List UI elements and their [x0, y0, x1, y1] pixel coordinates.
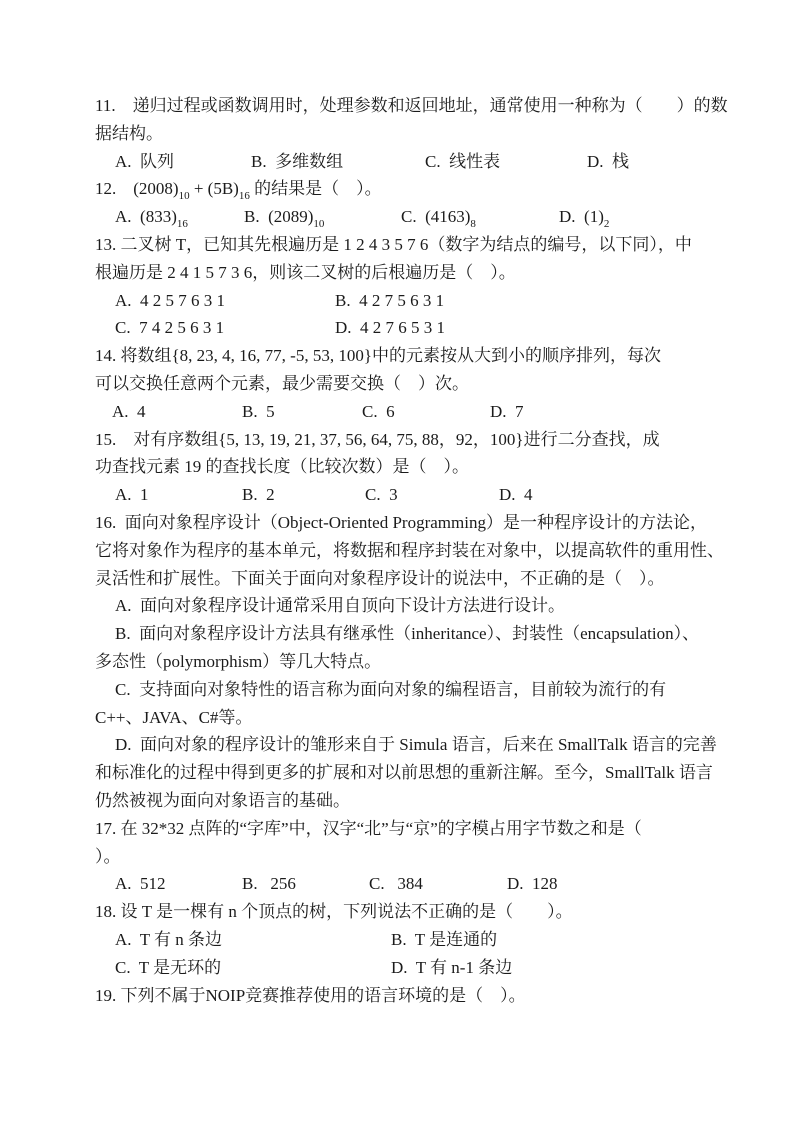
option-text: D. 128 — [507, 874, 558, 893]
q17-option-B: B. 256 — [242, 870, 296, 898]
question-17: 17. 在 32*32 点阵的“字库”中，汉字“北”与“京”的字模占用字节数之和… — [95, 815, 755, 898]
q14-line-1: 14. 将数组{8, 23, 4, 16, 77, -5, 53, 100}中的… — [95, 342, 755, 370]
q16-line-5: B. 面向对象程序设计方法具有继承性（inheritance）、封装性（enca… — [95, 620, 755, 648]
q16-line-9: D. 面向对象的程序设计的雏形来自于 Simula 语言，后来在 SmallTa… — [95, 731, 755, 759]
option-text: C. 384 — [369, 874, 423, 893]
base-subscript: 16 — [177, 218, 188, 230]
q11-option-B: B. 多维数组 — [251, 148, 343, 176]
question-15: 15. 对有序数组{5, 13, 19, 21, 37, 56, 64, 75,… — [95, 426, 755, 509]
option-text: B. 2 — [242, 485, 275, 504]
q14-option-B: B. 5 — [242, 398, 275, 426]
q11-options-row-1: A. 队列B. 多维数组C. 线性表D. 栈 — [95, 148, 755, 176]
q12-option-A: A. (833)16 — [115, 203, 188, 234]
document-content: 11. 递归过程或函数调用时，处理参数和返回地址，通常使用一种称为（ ）的数据结… — [95, 92, 755, 1009]
q11-option-C: C. 线性表 — [425, 148, 500, 176]
q12-options-row-1: A. (833)16B. (2089)10C. (4163)8D. (1)2 — [95, 203, 755, 231]
q15-option-D: D. 4 — [499, 481, 533, 509]
text-segment: 12. (2008) — [95, 179, 179, 198]
q11-line-1: 11. 递归过程或函数调用时，处理参数和返回地址，通常使用一种称为（ ）的数 — [95, 92, 755, 120]
q13-options-row-2: C. 7 4 2 5 6 3 1D. 4 2 7 6 5 3 1 — [95, 314, 755, 342]
option-text: D. 4 2 7 6 5 3 1 — [335, 318, 445, 337]
option-text: A. 512 — [115, 874, 166, 893]
q17-option-C: C. 384 — [369, 870, 423, 898]
text-segment: 16. 面向对象程序设计（Object-Oriented Programming… — [95, 513, 707, 532]
text-segment: 多态性（polymorphism）等几大特点。 — [95, 652, 381, 671]
option-text: C. 3 — [365, 485, 398, 504]
q18-options-row-1: A. T 有 n 条边B. T 是连通的 — [95, 926, 755, 954]
q17-line-2: ）。 — [95, 843, 755, 871]
option-text: B. 多维数组 — [251, 152, 343, 171]
q14-options-row-1: A. 4B. 5C. 6D. 7 — [95, 398, 755, 426]
text-segment: 和标准化的过程中得到更多的扩展和对以前思想的重新注解。至今，SmallTalk … — [95, 763, 713, 782]
text-segment: 的结果是（ ）。 — [250, 179, 382, 198]
q18-option-D: D. T 有 n-1 条边 — [391, 954, 512, 982]
text-segment: 功查找元素 19 的查找长度（比较次数）是（ ）。 — [95, 457, 469, 476]
q15-line-2: 功查找元素 19 的查找长度（比较次数）是（ ）。 — [95, 453, 755, 481]
q17-option-D: D. 128 — [507, 870, 558, 898]
q11-line-2: 据结构。 — [95, 120, 755, 148]
q14-line-2: 可以交换任意两个元素，最少需要交换（ ）次。 — [95, 370, 755, 398]
option-text: D. 7 — [490, 402, 524, 421]
q12-option-C: C. (4163)8 — [401, 203, 476, 234]
text-segment: C. 支持面向对象特性的语言称为面向对象的编程语言，目前较为流行的有 — [115, 680, 666, 699]
text-segment: 15. 对有序数组{5, 13, 19, 21, 37, 56, 64, 75,… — [95, 430, 660, 449]
base-subscript: 16 — [239, 190, 250, 202]
text-segment: 它将对象作为程序的基本单元，将数据和程序封装在对象中，以提高软件的重用性、 — [95, 541, 724, 560]
option-text: B. 4 2 7 5 6 3 1 — [335, 291, 444, 310]
q17-option-A: A. 512 — [115, 870, 166, 898]
q13-options-row-1: A. 4 2 5 7 6 3 1B. 4 2 7 5 6 3 1 — [95, 287, 755, 315]
option-text: C. 线性表 — [425, 152, 500, 171]
q19-line-1: 19. 下列不属于NOIP竞赛推荐使用的语言环境的是（ ）。 — [95, 982, 755, 1010]
q13-line-1: 13. 二叉树 T，已知其先根遍历是 1 2 4 3 5 7 6（数字为结点的编… — [95, 231, 755, 259]
question-14: 14. 将数组{8, 23, 4, 16, 77, -5, 53, 100}中的… — [95, 342, 755, 425]
q13-line-2: 根遍历是 2 4 1 5 7 3 6，则该二叉树的后根遍历是（ ）。 — [95, 259, 755, 287]
q14-option-C: C. 6 — [362, 398, 395, 426]
question-13: 13. 二叉树 T，已知其先根遍历是 1 2 4 3 5 7 6（数字为结点的编… — [95, 231, 755, 342]
option-text: A. 4 2 5 7 6 3 1 — [115, 291, 225, 310]
option-text: A. T 有 n 条边 — [115, 930, 222, 949]
q16-line-7: C. 支持面向对象特性的语言称为面向对象的编程语言，目前较为流行的有 — [95, 676, 755, 704]
question-12: 12. (2008)10 + (5B)16 的结果是（ ）。A. (833)16… — [95, 175, 755, 231]
option-text: C. T 是无环的 — [115, 958, 221, 977]
q13-option-A: A. 4 2 5 7 6 3 1 — [115, 287, 225, 315]
q11-option-D: D. 栈 — [587, 148, 629, 176]
q16-line-4: A. 面向对象程序设计通常采用自顶向下设计方法进行设计。 — [95, 592, 755, 620]
q12-option-D: D. (1)2 — [559, 203, 609, 234]
q16-line-2: 它将对象作为程序的基本单元，将数据和程序封装在对象中，以提高软件的重用性、 — [95, 537, 755, 565]
option-text: C. 6 — [362, 402, 395, 421]
q13-option-B: B. 4 2 7 5 6 3 1 — [335, 287, 444, 315]
q13-option-D: D. 4 2 7 6 5 3 1 — [335, 314, 445, 342]
q13-option-C: C. 7 4 2 5 6 3 1 — [115, 314, 224, 342]
text-segment: 仍然被视为面向对象语言的基础。 — [95, 791, 350, 810]
question-18: 18. 设 T 是一棵有 n 个顶点的树，下列说法不正确的是（ ）。A. T 有… — [95, 898, 755, 981]
text-segment: 19. 下列不属于NOIP竞赛推荐使用的语言环境的是（ ）。 — [95, 986, 526, 1005]
q15-option-C: C. 3 — [365, 481, 398, 509]
option-text: D. 栈 — [587, 152, 629, 171]
text-segment: C++、JAVA、C#等。 — [95, 708, 252, 727]
q16-line-1: 16. 面向对象程序设计（Object-Oriented Programming… — [95, 509, 755, 537]
text-segment: 据结构。 — [95, 124, 163, 143]
option-text: B. 5 — [242, 402, 275, 421]
q18-option-A: A. T 有 n 条边 — [115, 926, 222, 954]
text-segment: 18. 设 T 是一棵有 n 个顶点的树，下列说法不正确的是（ ）。 — [95, 902, 573, 921]
text-segment: 13. 二叉树 T，已知其先根遍历是 1 2 4 3 5 7 6（数字为结点的编… — [95, 235, 692, 254]
q16-line-3: 灵活性和扩展性。下面关于面向对象程序设计的说法中，不正确的是（ ）。 — [95, 565, 755, 593]
q15-line-1: 15. 对有序数组{5, 13, 19, 21, 37, 56, 64, 75,… — [95, 426, 755, 454]
q17-options-row-1: A. 512B. 256C. 384D. 128 — [95, 870, 755, 898]
option-text: B. (2089) — [244, 207, 313, 226]
q11-option-A: A. 队列 — [115, 148, 174, 176]
q18-option-C: C. T 是无环的 — [115, 954, 221, 982]
q16-line-10: 和标准化的过程中得到更多的扩展和对以前思想的重新注解。至今，SmallTalk … — [95, 759, 755, 787]
q16-line-6: 多态性（polymorphism）等几大特点。 — [95, 648, 755, 676]
q15-option-B: B. 2 — [242, 481, 275, 509]
base-subscript: 10 — [179, 190, 190, 202]
text-segment: 灵活性和扩展性。下面关于面向对象程序设计的说法中，不正确的是（ ）。 — [95, 569, 665, 588]
q16-line-8: C++、JAVA、C#等。 — [95, 704, 755, 732]
text-segment: 14. 将数组{8, 23, 4, 16, 77, -5, 53, 100}中的… — [95, 346, 661, 365]
option-text: A. (833) — [115, 207, 177, 226]
option-text: C. 7 4 2 5 6 3 1 — [115, 318, 224, 337]
base-subscript: 10 — [313, 218, 324, 230]
option-text: B. T 是连通的 — [391, 930, 497, 949]
text-segment: A. 面向对象程序设计通常采用自顶向下设计方法进行设计。 — [115, 596, 565, 615]
option-text: A. 1 — [115, 485, 149, 504]
text-segment: D. 面向对象的程序设计的雏形来自于 Simula 语言，后来在 SmallTa… — [115, 735, 717, 754]
q18-option-B: B. T 是连通的 — [391, 926, 497, 954]
option-text: D. (1) — [559, 207, 604, 226]
q12-option-B: B. (2089)10 — [244, 203, 324, 234]
option-text: C. (4163) — [401, 207, 470, 226]
q15-options-row-1: A. 1B. 2C. 3D. 4 — [95, 481, 755, 509]
q18-line-1: 18. 设 T 是一棵有 n 个顶点的树，下列说法不正确的是（ ）。 — [95, 898, 755, 926]
q14-option-A: A. 4 — [112, 398, 146, 426]
q18-options-row-2: C. T 是无环的D. T 有 n-1 条边 — [95, 954, 755, 982]
option-text: D. T 有 n-1 条边 — [391, 958, 512, 977]
option-text: A. 队列 — [115, 152, 174, 171]
base-subscript: 8 — [470, 218, 476, 230]
exam-page: 11. 递归过程或函数调用时，处理参数和返回地址，通常使用一种称为（ ）的数据结… — [0, 0, 800, 1131]
q14-option-D: D. 7 — [490, 398, 524, 426]
q17-line-1: 17. 在 32*32 点阵的“字库”中，汉字“北”与“京”的字模占用字节数之和… — [95, 815, 755, 843]
text-segment: 可以交换任意两个元素，最少需要交换（ ）次。 — [95, 374, 469, 393]
text-segment: 17. 在 32*32 点阵的“字库”中，汉字“北”与“京”的字模占用字节数之和… — [95, 819, 642, 838]
text-segment: + (5B) — [190, 179, 239, 198]
text-segment: B. 面向对象程序设计方法具有继承性（inheritance）、封装性（enca… — [115, 624, 699, 643]
q16-line-11: 仍然被视为面向对象语言的基础。 — [95, 787, 755, 815]
q15-option-A: A. 1 — [115, 481, 149, 509]
question-16: 16. 面向对象程序设计（Object-Oriented Programming… — [95, 509, 755, 815]
question-19: 19. 下列不属于NOIP竞赛推荐使用的语言环境的是（ ）。 — [95, 982, 755, 1010]
text-segment: 根遍历是 2 4 1 5 7 3 6，则该二叉树的后根遍历是（ ）。 — [95, 263, 516, 282]
base-subscript: 2 — [604, 218, 610, 230]
option-text: B. 256 — [242, 874, 296, 893]
q12-line-1: 12. (2008)10 + (5B)16 的结果是（ ）。 — [95, 175, 755, 203]
option-text: A. 4 — [112, 402, 146, 421]
text-segment: 11. 递归过程或函数调用时，处理参数和返回地址，通常使用一种称为（ ）的数 — [95, 96, 728, 115]
text-segment: ）。 — [95, 847, 121, 866]
question-11: 11. 递归过程或函数调用时，处理参数和返回地址，通常使用一种称为（ ）的数据结… — [95, 92, 755, 175]
option-text: D. 4 — [499, 485, 533, 504]
